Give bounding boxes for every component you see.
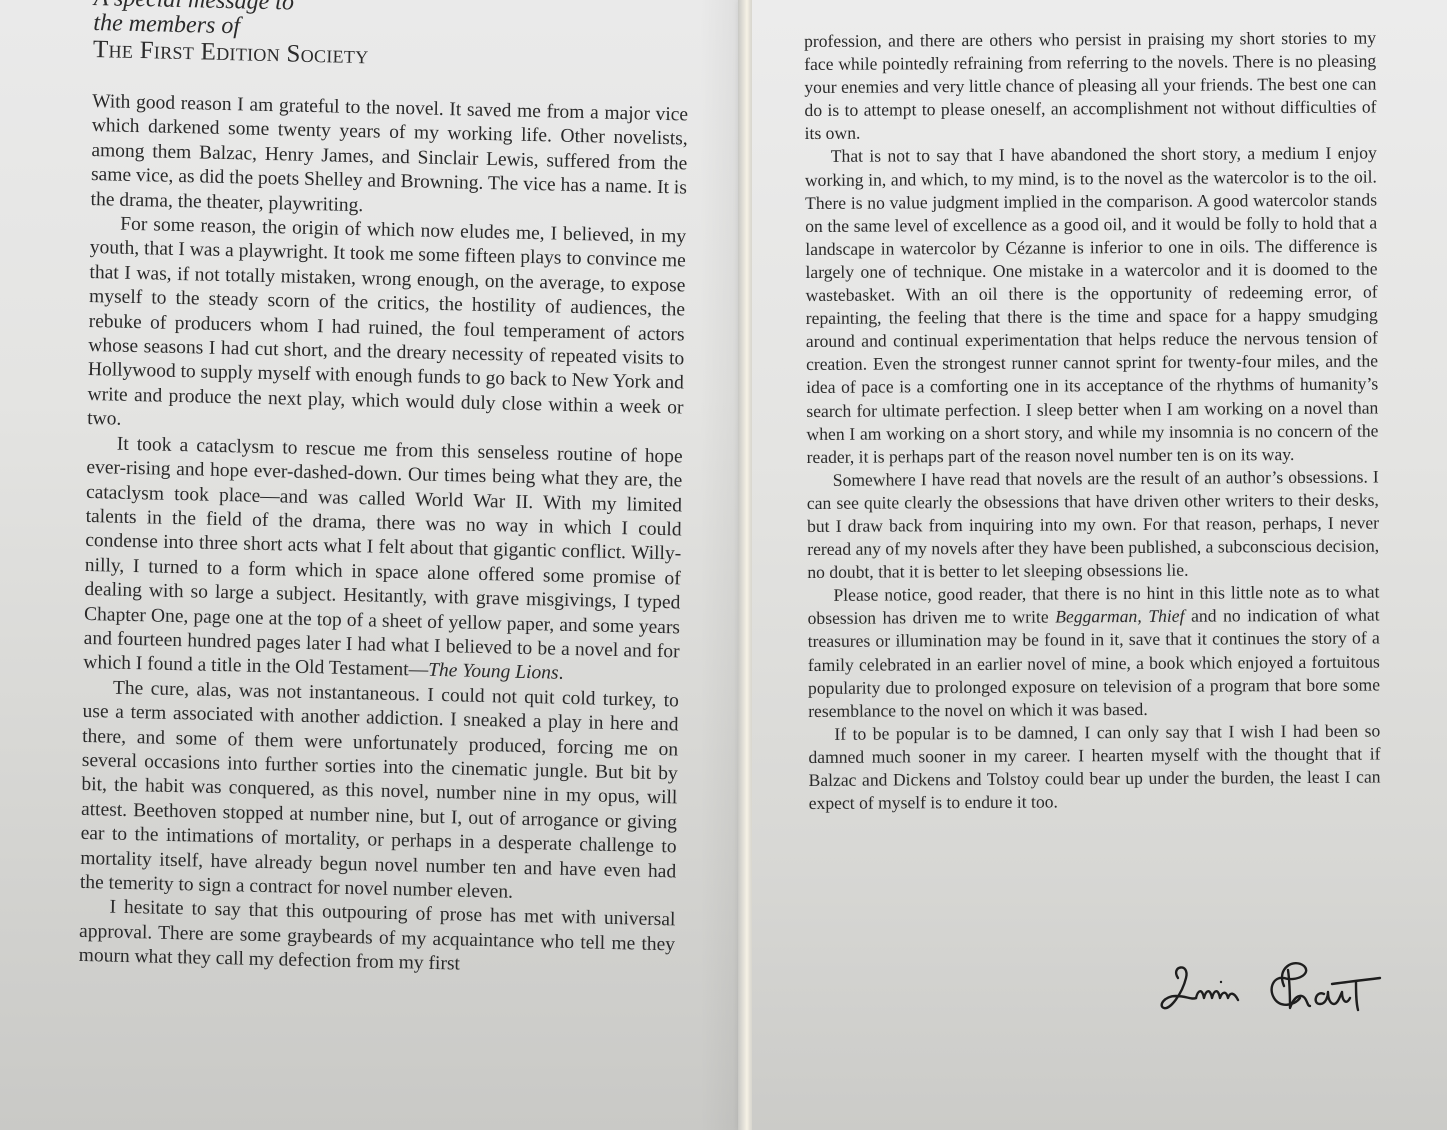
- right-page-body: profession, and there are others who per…: [804, 27, 1381, 816]
- gutter-shadow-left: [700, 0, 740, 1130]
- paragraph-obsessions: Somewhere I have read that novels are th…: [807, 465, 1380, 584]
- paragraph-gratitude: With good reason I am grateful to the no…: [90, 90, 688, 226]
- paragraph-playwright-youth: For some reason, the origin of which now…: [87, 212, 686, 445]
- handwritten-signature-icon: [1156, 948, 1396, 1028]
- paragraph-short-story: That is not to say that I have abandoned…: [805, 142, 1379, 469]
- right-page: profession, and there are others who per…: [752, 0, 1447, 1130]
- left-page-text-block: A special message to the members of The …: [79, 0, 690, 982]
- paragraph-outpouring: I hesitate to say that this outpouring o…: [79, 895, 676, 982]
- paragraph-cataclysm-end: .: [558, 663, 563, 684]
- book-title-beggarman-thief: Beggarman, Thief: [1055, 606, 1184, 627]
- book-spread: A special message to the members of The …: [0, 0, 1447, 1130]
- right-page-text-block: profession, and there are others who per…: [804, 27, 1381, 816]
- left-page: A special message to the members of The …: [0, 0, 742, 1130]
- paragraph-please-notice: Please notice, good reader, that there i…: [807, 581, 1380, 723]
- paragraph-profession-continued: profession, and there are others who per…: [804, 27, 1377, 146]
- book-title-young-lions: The Young Lions: [428, 660, 559, 684]
- left-page-body: With good reason I am grateful to the no…: [79, 90, 689, 982]
- paragraph-popular-damned: If to be popular is to be damned, I can …: [808, 719, 1381, 815]
- paragraph-cataclysm: It took a cataclysm to rescue me from th…: [83, 432, 683, 690]
- paragraph-cure: The cure, alas, was not instantaneous. I…: [80, 676, 679, 909]
- paragraph-cataclysm-text: It took a cataclysm to rescue me from th…: [83, 433, 683, 681]
